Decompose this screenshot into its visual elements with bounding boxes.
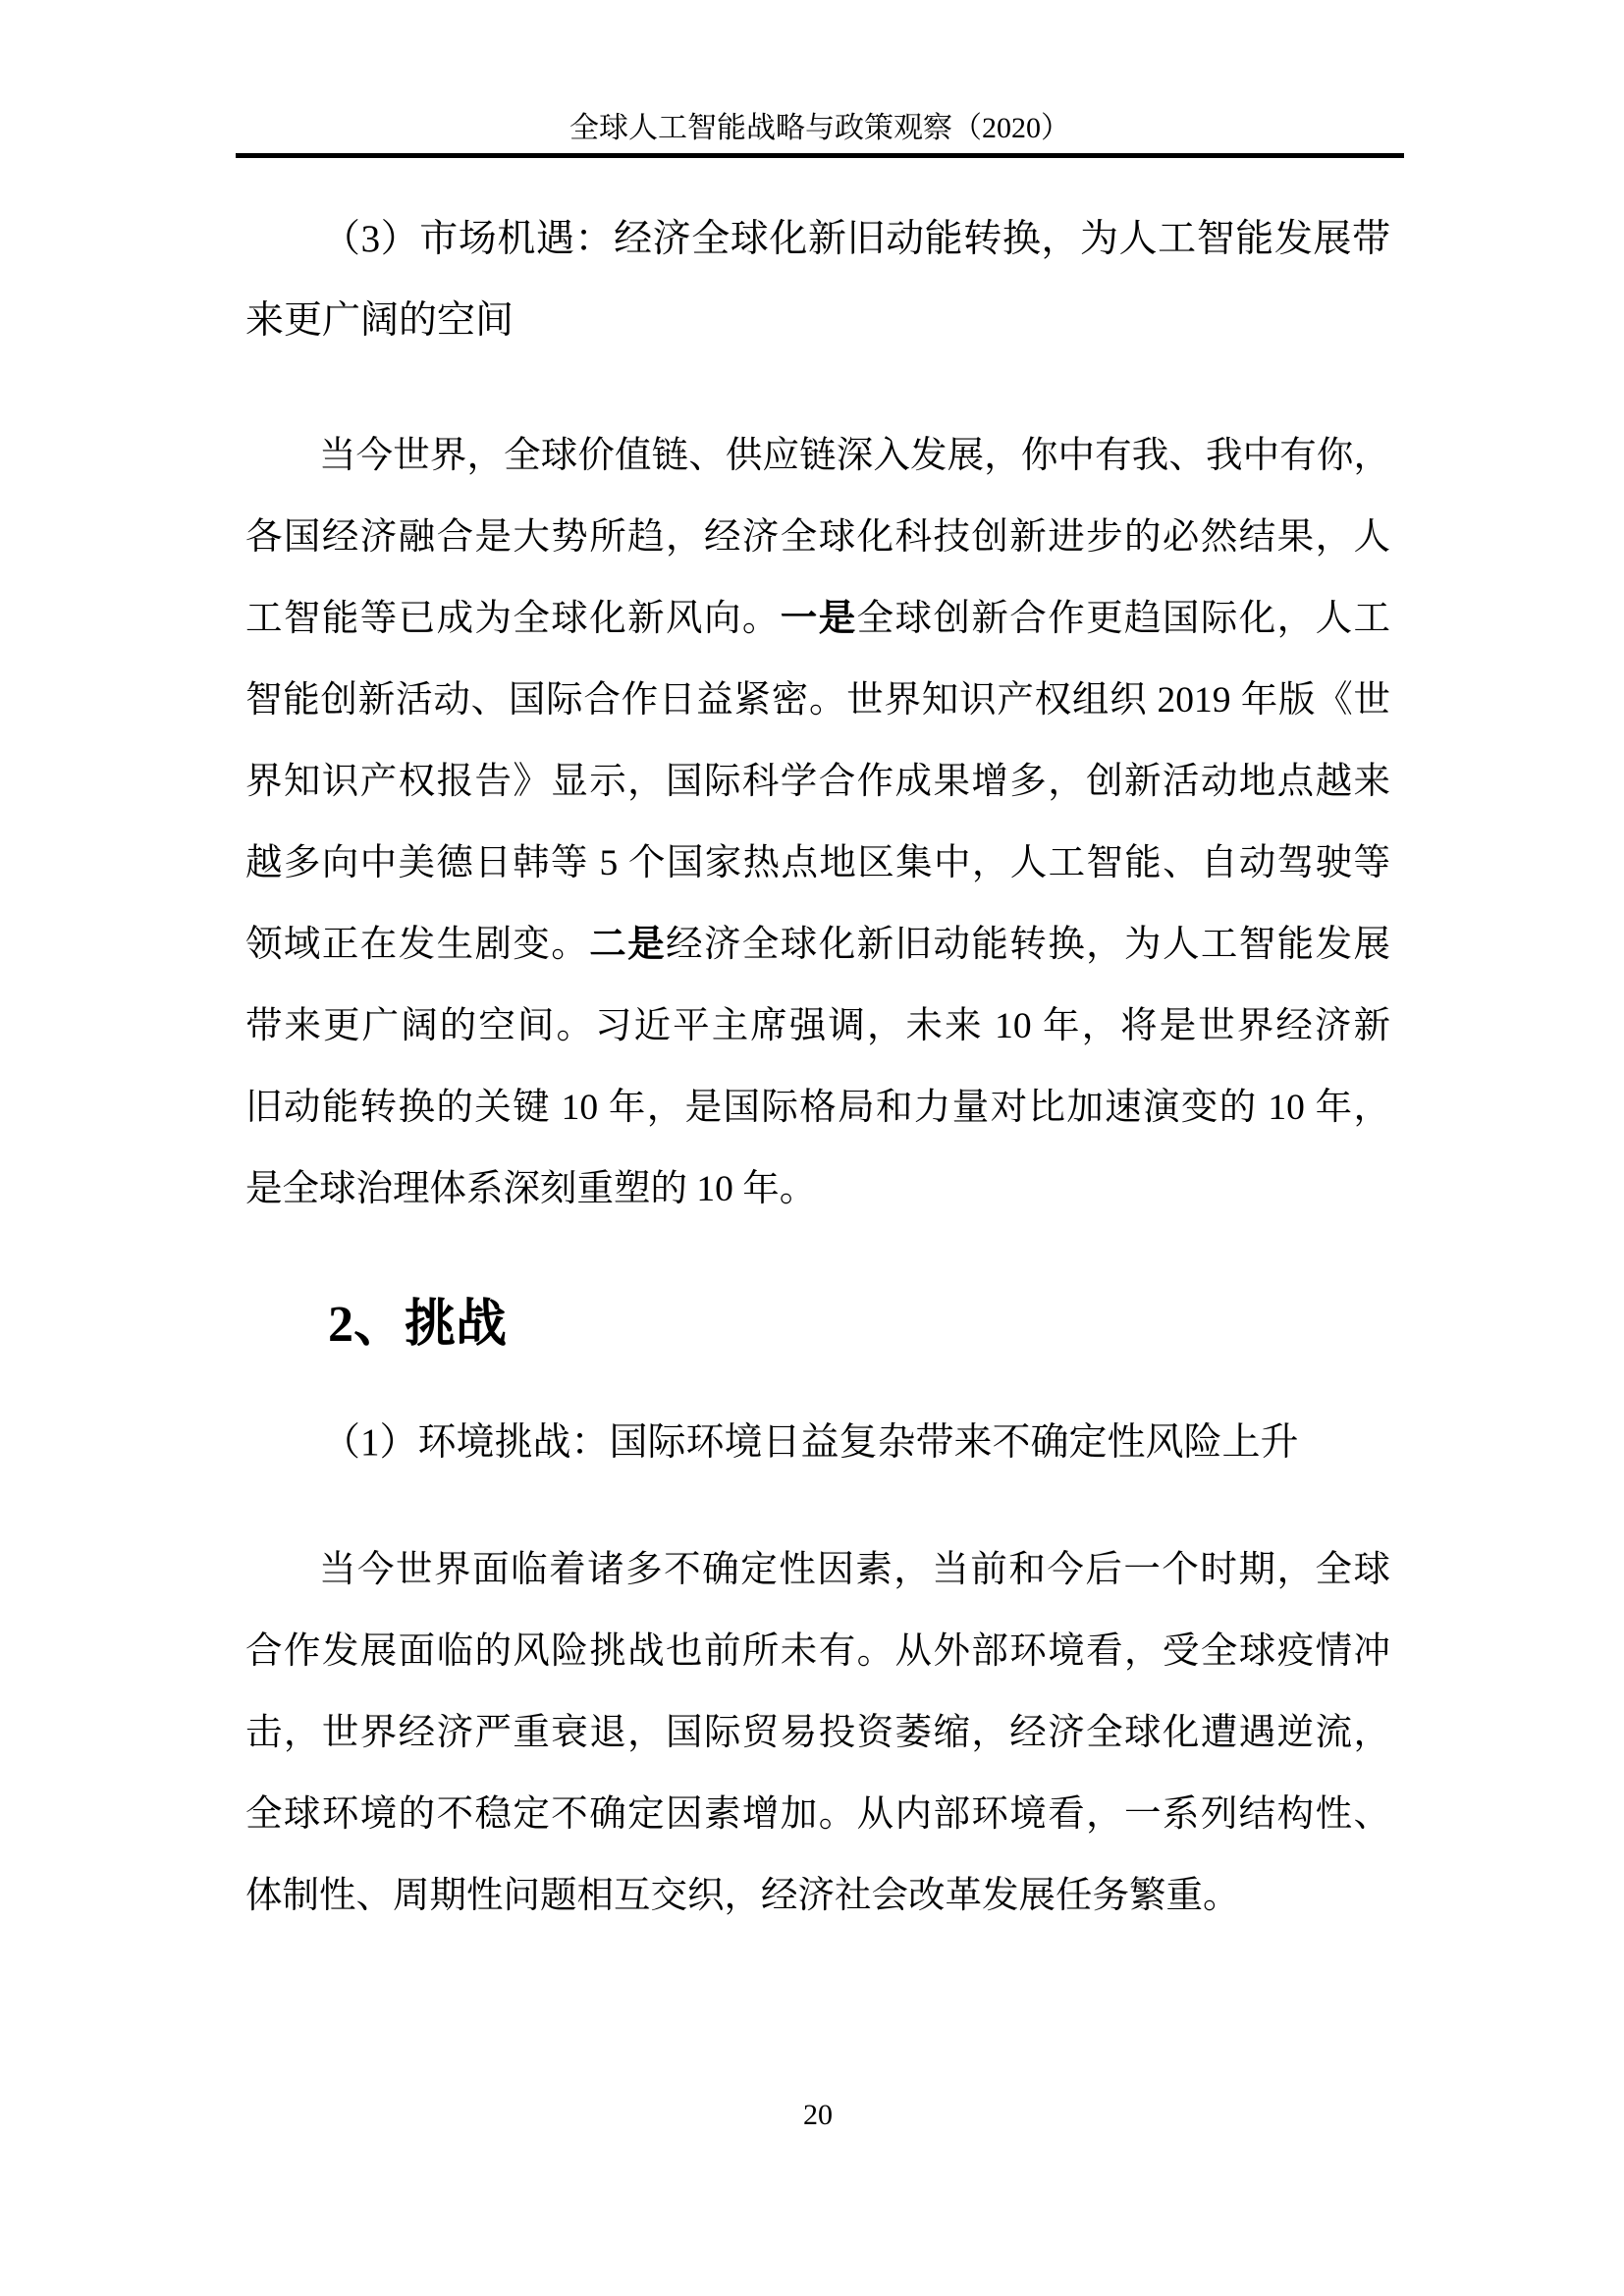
text-segment: 全球环境的不稳定不确定因素增加。从内部环境看，一系列结构性、 <box>245 1794 1390 1835</box>
page-footer: 20 <box>245 2097 1390 2134</box>
text-segment: （1）环境挑战：国际环境日益复杂带来不确定性风险上升 <box>322 1421 1299 1464</box>
bold-text-segment: 二是 <box>589 925 666 965</box>
bold-text-segment: 2、挑战 <box>328 1297 507 1353</box>
text-line: 工智能等已成为全球化新风向。一是全球创新合作更趋国际化，人工 <box>245 578 1390 660</box>
text-line: 各国经济融合是大势所趋，经济全球化科技创新进步的必然结果，人 <box>245 497 1390 578</box>
text-segment: 击，世界经济严重衰退，国际贸易投资萎缩，经济全球化遭遇逆流， <box>245 1713 1390 1753</box>
text-segment: 经济全球化新旧动能转换，为人工智能发展 <box>666 925 1390 965</box>
paragraph-globalization: 当今世界，全球价值链、供应链深入发展，你中有我、我中有你， 各国经济融合是大势所… <box>245 415 1390 1230</box>
text-segment: 智能创新活动、国际合作日益紧密。世界知识产权组织 2019 年版《世 <box>245 680 1390 721</box>
text-line: 当今世界面临着诸多不确定性因素，当前和今后一个时期，全球 <box>245 1529 1390 1611</box>
text-segment: 越多向中美德日韩等 5 个国家热点地区集中，人工智能、自动驾驶等 <box>245 843 1390 883</box>
text-line: （1）环境挑战：国际环境日益复杂带来不确定性风险上升 <box>245 1402 1390 1483</box>
page-number: 20 <box>803 2099 833 2131</box>
text-segment: 当今世界，全球价值链、供应链深入发展，你中有我、我中有你， <box>319 436 1390 476</box>
text-segment: 合作发展面临的风险挑战也前所未有。从外部环境看，受全球疫情冲 <box>245 1631 1390 1672</box>
paragraph-uncertainty: 当今世界面临着诸多不确定性因素，当前和今后一个时期，全球 合作发展面临的风险挑战… <box>245 1529 1390 1937</box>
text-segment: 界知识产权报告》显示，国际科学合作成果增多，创新活动地点越来 <box>245 762 1390 802</box>
text-segment: （3）市场机遇：经济全球化新旧动能转换，为人工智能发展带 <box>322 218 1390 260</box>
text-line: 带来更广阔的空间。习近平主席强调，未来 10 年，将是世界经济新 <box>245 986 1390 1067</box>
text-line: 2、挑战 <box>245 1284 1390 1365</box>
text-segment: 全球创新合作更趋国际化，人工 <box>857 599 1390 639</box>
text-segment: 工智能等已成为全球化新风向。 <box>245 599 781 639</box>
text-segment: 当今世界面临着诸多不确定性因素，当前和今后一个时期，全球 <box>319 1550 1390 1590</box>
heading-environment-challenge: （1）环境挑战：国际环境日益复杂带来不确定性风险上升 <box>245 1402 1390 1483</box>
header-title: 全球人工智能战略与政策观察（2020） <box>236 110 1404 147</box>
text-line: 击，世界经济严重衰退，国际贸易投资萎缩，经济全球化遭遇逆流， <box>245 1692 1390 1774</box>
page-header: 全球人工智能战略与政策观察（2020） <box>236 0 1404 158</box>
bold-text-segment: 一是 <box>781 599 857 639</box>
heading-market-opportunity: （3）市场机遇：经济全球化新旧动能转换，为人工智能发展带 来更广阔的空间 <box>245 198 1390 361</box>
text-segment: 旧动能转换的关键 10 年，是国际格局和力量对比加速演变的 10 年， <box>245 1088 1390 1128</box>
text-line: 领域正在发生剧变。二是经济全球化新旧动能转换，为人工智能发展 <box>245 904 1390 986</box>
text-segment: 是全球治理体系深刻重塑的 10 年。 <box>245 1169 816 1209</box>
text-line: 全球环境的不稳定不确定因素增加。从内部环境看，一系列结构性、 <box>245 1774 1390 1855</box>
text-line: 体制性、周期性问题相互交织，经济社会改革发展任务繁重。 <box>245 1855 1390 1937</box>
text-line: 来更广阔的空间 <box>245 280 1390 361</box>
text-segment: 带来更广阔的空间。习近平主席强调，未来 10 年，将是世界经济新 <box>245 1006 1390 1046</box>
text-segment: 体制性、周期性问题相互交织，经济社会改革发展任务繁重。 <box>245 1876 1240 1916</box>
text-line: 智能创新活动、国际合作日益紧密。世界知识产权组织 2019 年版《世 <box>245 660 1390 741</box>
text-segment: 各国经济融合是大势所趋，经济全球化科技创新进步的必然结果，人 <box>245 517 1390 558</box>
text-line: 当今世界，全球价值链、供应链深入发展，你中有我、我中有你， <box>245 415 1390 497</box>
heading-challenges: 2、挑战 <box>245 1284 1390 1365</box>
text-line: 旧动能转换的关键 10 年，是国际格局和力量对比加速演变的 10 年， <box>245 1067 1390 1148</box>
text-line: （3）市场机遇：经济全球化新旧动能转换，为人工智能发展带 <box>245 198 1390 280</box>
text-line: 界知识产权报告》显示，国际科学合作成果增多，创新活动地点越来 <box>245 741 1390 823</box>
document-page: 全球人工智能战略与政策观察（2020） （3）市场机遇：经济全球化新旧动能转换，… <box>0 0 1624 2296</box>
text-line: 是全球治理体系深刻重塑的 10 年。 <box>245 1148 1390 1230</box>
text-line: 越多向中美德日韩等 5 个国家热点地区集中，人工智能、自动驾驶等 <box>245 823 1390 904</box>
text-line: 合作发展面临的风险挑战也前所未有。从外部环境看，受全球疫情冲 <box>245 1611 1390 1692</box>
page-body: （3）市场机遇：经济全球化新旧动能转换，为人工智能发展带 来更广阔的空间 当今世… <box>245 160 1390 1937</box>
text-segment: 来更广阔的空间 <box>245 299 514 342</box>
text-segment: 领域正在发生剧变。 <box>245 925 589 965</box>
